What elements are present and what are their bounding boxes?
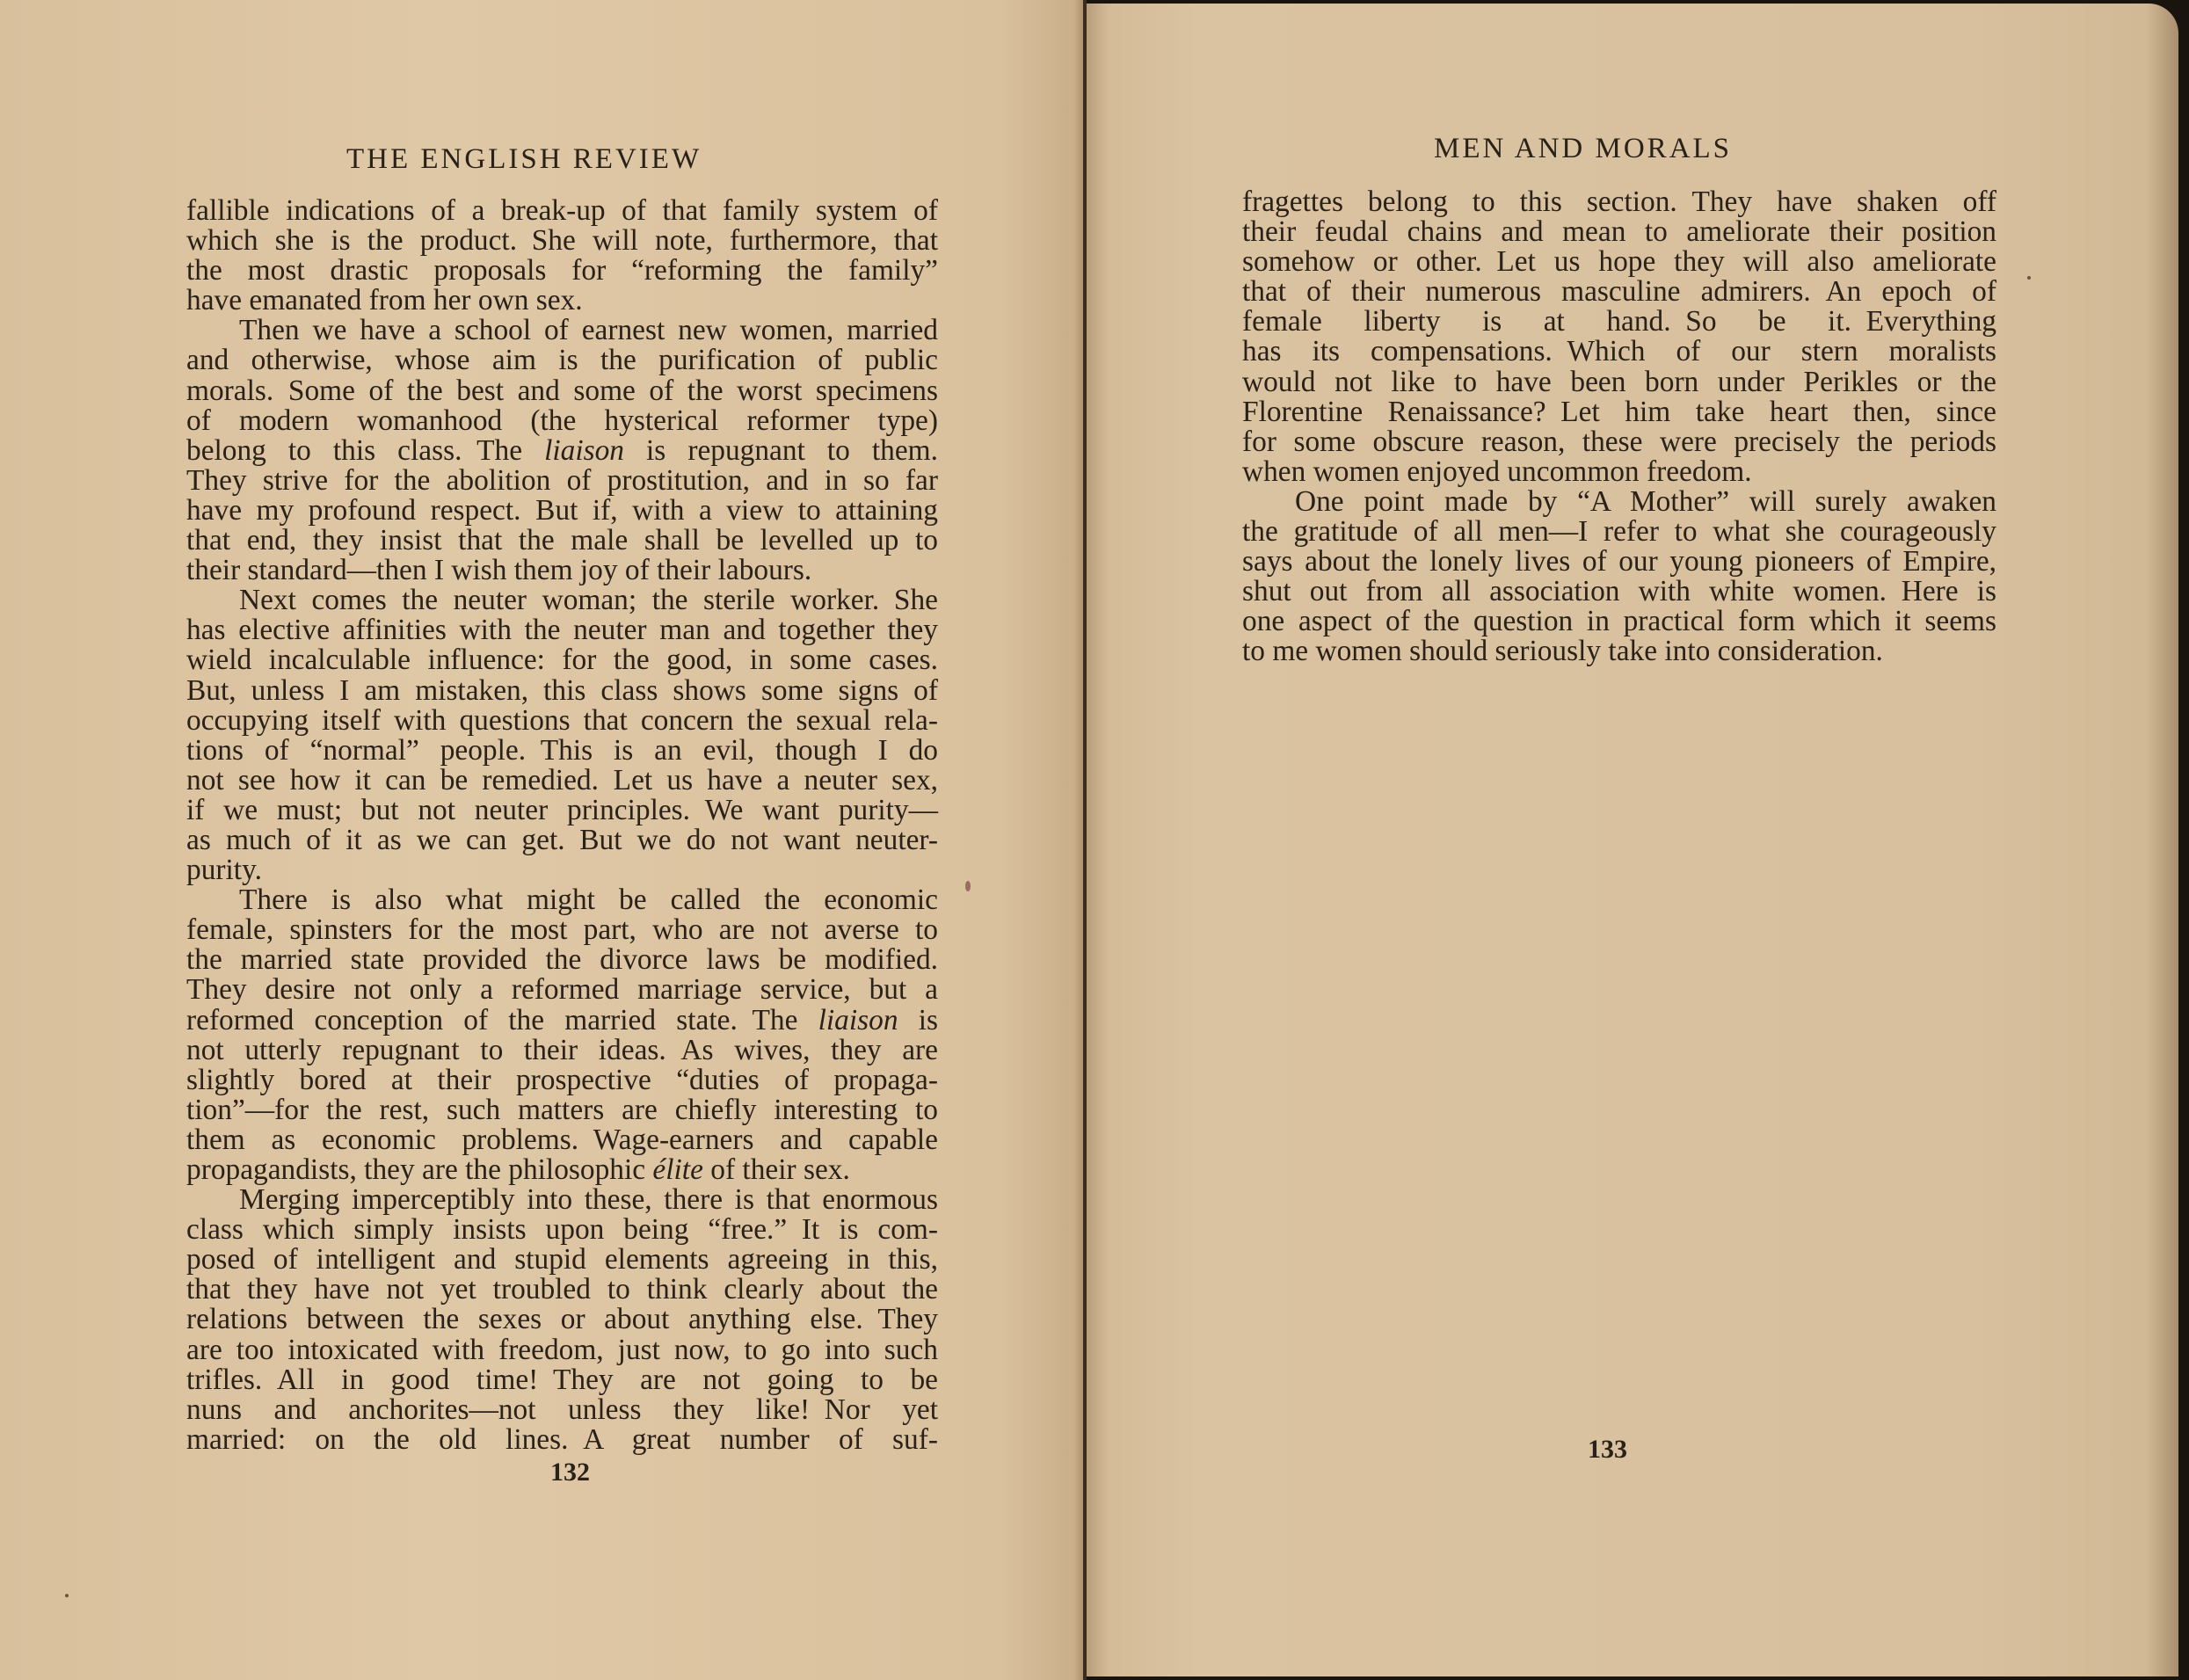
text-line: has elective affinities with the neuter … <box>186 615 938 645</box>
text-line: married: on the old lines. A great numbe… <box>186 1425 938 1455</box>
text-line: the married state provided the divorce l… <box>186 945 938 975</box>
text-line: relations between the sexes or about any… <box>186 1305 938 1335</box>
text-line: tions of “normal” people. This is an evi… <box>186 736 938 766</box>
text-line: has its compensations. Which of our ster… <box>1242 337 1996 367</box>
text-line: them as economic problems. Wage-earners … <box>186 1125 938 1155</box>
text-line: shut out from all association with white… <box>1242 577 1996 607</box>
text-line: when women enjoyed uncommon freedom. <box>1242 457 1996 487</box>
text-line: But, unless I am mistaken, this class sh… <box>186 676 938 706</box>
text-line: have my profound respect. But if, with a… <box>186 496 938 526</box>
text-line: purity. <box>186 855 938 885</box>
text-line: as much of it as we can get. But we do n… <box>186 825 938 855</box>
text-line: Florentine Renaissance? Let him take hea… <box>1242 397 1996 427</box>
text-line: They desire not only a reformed marriage… <box>186 975 938 1005</box>
text-line: that of their numerous masculine admirer… <box>1242 277 1996 307</box>
text-line: One point made by “A Mother” will surely… <box>1242 487 1996 517</box>
text-line: the gratitude of all men—I refer to what… <box>1242 517 1996 547</box>
text-line: belong to this class. The liaison is rep… <box>186 436 938 466</box>
text-line: somehow or other. Let us hope they will … <box>1242 247 1996 277</box>
text-line: reformed conception of the married state… <box>186 1006 938 1036</box>
paragraph: Next comes the neuter woman; the sterile… <box>186 585 938 885</box>
paragraph: One point made by “A Mother” will surely… <box>1242 487 1996 667</box>
right-page: MEN AND MORALS fragettes belong to this … <box>1087 4 2178 1676</box>
text-line: one aspect of the question in practical … <box>1242 607 1996 636</box>
text-line: to me women should seriously take into c… <box>1242 636 1996 666</box>
text-line: trifles. All in good time! They are not … <box>186 1365 938 1395</box>
text-line: wield incalculable influence: for the go… <box>186 645 938 675</box>
text-line: that end, they insist that the male shal… <box>186 526 938 556</box>
page-number: 132 <box>550 1458 590 1487</box>
running-head: MEN AND MORALS <box>1434 133 1732 165</box>
text-line: that they have not yet troubled to think… <box>186 1275 938 1305</box>
text-line: class which simply insists upon being “f… <box>186 1215 938 1245</box>
text-line: nuns and anchorites—not unless they like… <box>186 1395 938 1425</box>
text-line: Merging imperceptibly into these, there … <box>186 1185 938 1215</box>
paragraph: Merging imperceptibly into these, there … <box>186 1185 938 1455</box>
page-number: 133 <box>1588 1435 1627 1465</box>
ink-spot <box>965 881 971 891</box>
text-line: and otherwise, whose aim is the purifica… <box>186 345 938 375</box>
text-line: Next comes the neuter woman; the sterile… <box>186 585 938 615</box>
text-line: female, spinsters for the most part, who… <box>186 915 938 945</box>
paper-speck <box>2027 276 2031 280</box>
text-line: not see how it can be remedied. Let us h… <box>186 766 938 796</box>
text-line: morals. Some of the best and some of the… <box>186 376 938 406</box>
paragraph: fallible indications of a break-up of th… <box>186 196 938 316</box>
page-body: fallible indications of a break-up of th… <box>186 196 938 1455</box>
text-line: slightly bored at their prospective “dut… <box>186 1065 938 1095</box>
text-line: They strive for the abolition of prostit… <box>186 466 938 496</box>
text-line: fallible indications of a break-up of th… <box>186 196 938 226</box>
text-line: not utterly repugnant to their ideas. As… <box>186 1036 938 1065</box>
text-line: Then we have a school of earnest new wom… <box>186 316 938 345</box>
text-line: of modern womanhood (the hysterical refo… <box>186 406 938 436</box>
paragraph: Then we have a school of earnest new wom… <box>186 316 938 585</box>
paragraph: There is also what might be called the e… <box>186 885 938 1185</box>
text-line: propagandists, they are the philosophic … <box>186 1155 938 1185</box>
text-line: their standard—then I wish them joy of t… <box>186 556 938 585</box>
text-line: There is also what might be called the e… <box>186 885 938 915</box>
text-line: have emanated from her own sex. <box>186 286 938 316</box>
text-line: occupying itself with questions that con… <box>186 706 938 736</box>
text-line: says about the lonely lives of our young… <box>1242 547 1996 577</box>
page-body: fragettes belong to this section. They h… <box>1242 187 1996 667</box>
text-line: for some obscure reason, these were prec… <box>1242 427 1996 457</box>
text-line: if we must; but not neuter principles. W… <box>186 796 938 825</box>
paragraph: fragettes belong to this section. They h… <box>1242 187 1996 487</box>
text-line: female liberty is at hand. So be it. Eve… <box>1242 307 1996 337</box>
text-line: which she is the product. She will note,… <box>186 226 938 256</box>
text-line: the most drastic proposals for “reformin… <box>186 256 938 286</box>
text-line: tion”—for the rest, such matters are chi… <box>186 1095 938 1125</box>
paper-speck <box>65 1594 69 1597</box>
text-line: their feudal chains and mean to ameliora… <box>1242 217 1996 247</box>
left-page: THE ENGLISH REVIEW fallible indications … <box>0 0 1085 1680</box>
book-spread: THE ENGLISH REVIEW fallible indications … <box>0 0 2189 1680</box>
running-head: THE ENGLISH REVIEW <box>346 143 702 176</box>
text-line: fragettes belong to this section. They h… <box>1242 187 1996 217</box>
text-line: are too intoxicated with freedom, just n… <box>186 1335 938 1365</box>
text-line: posed of intelligent and stupid elements… <box>186 1245 938 1275</box>
text-line: would not like to have been born under P… <box>1242 367 1996 397</box>
